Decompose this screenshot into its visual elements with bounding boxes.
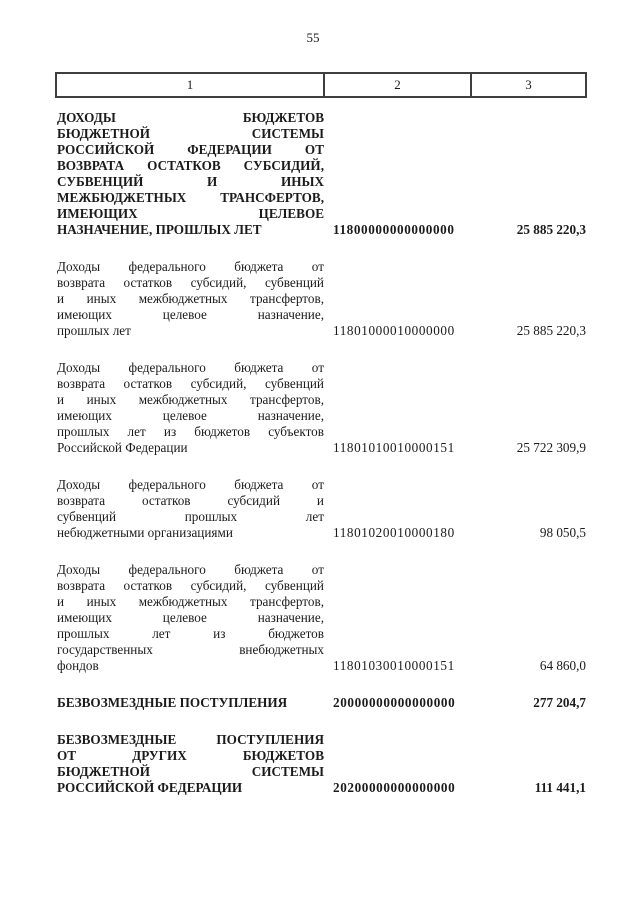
description-line: Доходы федерального бюджета от	[57, 259, 324, 275]
row-budget-code: 11801010010000151	[324, 440, 476, 456]
row-budget-code: 11801020010000180	[324, 525, 476, 541]
description-line: прошлых лет	[57, 323, 324, 339]
row-description: Доходы федерального бюджета отвозврата о…	[57, 360, 324, 456]
description-line: ВОЗВРАТА ОСТАТКОВ СУБСИДИЙ,	[57, 158, 324, 174]
description-line: НАЗНАЧЕНИЕ, ПРОШЛЫХ ЛЕТ	[57, 222, 324, 238]
description-line: небюджетными организациями	[57, 525, 324, 541]
description-line: РОССИЙСКОЙ ФЕДЕРАЦИИ	[57, 780, 324, 796]
description-line: прошлых лет из бюджетов субъектов	[57, 424, 324, 440]
description-line: БЮДЖЕТНОЙ СИСТЕМЫ	[57, 764, 324, 780]
row-amount: 277 204,7	[476, 695, 586, 711]
description-line: имеющих целевое назначение,	[57, 307, 324, 323]
document-page: 55 1 2 3 ДОХОДЫ БЮДЖЕТОВБЮДЖЕТНОЙ СИСТЕМ…	[0, 0, 640, 905]
row-description: ДОХОДЫ БЮДЖЕТОВБЮДЖЕТНОЙ СИСТЕМЫРОССИЙСК…	[57, 110, 324, 238]
description-line: и иных межбюджетных трансфертов,	[57, 594, 324, 610]
table-row: ДОХОДЫ БЮДЖЕТОВБЮДЖЕТНОЙ СИСТЕМЫРОССИЙСК…	[57, 110, 586, 238]
table-header-row: 1 2 3	[55, 72, 587, 98]
description-line: возврата остатков субсидий и	[57, 493, 324, 509]
description-line: Доходы федерального бюджета от	[57, 562, 324, 578]
description-line: прошлых лет из бюджетов	[57, 626, 324, 642]
row-description: БЕЗВОЗМЕЗДНЫЕ ПОСТУПЛЕНИЯ	[57, 695, 324, 711]
column-header-3: 3	[470, 74, 585, 96]
row-description: Доходы федерального бюджета отвозврата о…	[57, 477, 324, 541]
description-line: СУБВЕНЦИЙ И ИНЫХ	[57, 174, 324, 190]
table-row: Доходы федерального бюджета отвозврата о…	[57, 259, 586, 339]
column-header-2: 2	[323, 74, 470, 96]
description-line: и иных межбюджетных трансфертов,	[57, 392, 324, 408]
description-line: возврата остатков субсидий, субвенций	[57, 275, 324, 291]
row-budget-code: 11800000000000000	[324, 222, 476, 238]
description-line: ДОХОДЫ БЮДЖЕТОВ	[57, 110, 324, 126]
description-line: фондов	[57, 658, 324, 674]
row-amount: 25 885 220,3	[476, 323, 586, 339]
description-line: Российской Федерации	[57, 440, 324, 456]
column-header-1: 1	[57, 74, 323, 96]
row-description: Доходы федерального бюджета отвозврата о…	[57, 259, 324, 339]
description-line: государственных внебюджетных	[57, 642, 324, 658]
row-budget-code: 20200000000000000	[324, 780, 476, 796]
row-budget-code: 11801030010000151	[324, 658, 476, 674]
row-description: Доходы федерального бюджета отвозврата о…	[57, 562, 324, 674]
table-row: Доходы федерального бюджета отвозврата о…	[57, 562, 586, 674]
description-line: имеющих целевое назначение,	[57, 408, 324, 424]
table-row: Доходы федерального бюджета отвозврата о…	[57, 360, 586, 456]
table-row: БЕЗВОЗМЕЗДНЫЕ ПОСТУПЛЕНИЯ 20000000000000…	[57, 695, 586, 711]
description-line: ИМЕЮЩИХ ЦЕЛЕВОЕ	[57, 206, 324, 222]
description-line: Доходы федерального бюджета от	[57, 360, 324, 376]
row-amount: 25 722 309,9	[476, 440, 586, 456]
row-amount: 98 050,5	[476, 525, 586, 541]
description-line: имеющих целевое назначение,	[57, 610, 324, 626]
description-line: МЕЖБЮДЖЕТНЫХ ТРАНСФЕРТОВ,	[57, 190, 324, 206]
row-budget-code: 20000000000000000	[324, 695, 476, 711]
description-line: возврата остатков субсидий, субвенций	[57, 376, 324, 392]
table-row: Доходы федерального бюджета отвозврата о…	[57, 477, 586, 541]
page-number: 55	[0, 30, 626, 46]
description-line: и иных межбюджетных трансфертов,	[57, 291, 324, 307]
description-line: ОТ ДРУГИХ БЮДЖЕТОВ	[57, 748, 324, 764]
description-line: БЕЗВОЗМЕЗДНЫЕ ПОСТУПЛЕНИЯ	[57, 732, 324, 748]
table-row: БЕЗВОЗМЕЗДНЫЕ ПОСТУПЛЕНИЯОТ ДРУГИХ БЮДЖЕ…	[57, 732, 586, 796]
row-amount: 111 441,1	[476, 780, 586, 796]
description-line: возврата остатков субсидий, субвенций	[57, 578, 324, 594]
description-line: РОССИЙСКОЙ ФЕДЕРАЦИИ ОТ	[57, 142, 324, 158]
description-line: БЕЗВОЗМЕЗДНЫЕ ПОСТУПЛЕНИЯ	[57, 695, 324, 711]
description-line: Доходы федерального бюджета от	[57, 477, 324, 493]
description-line: субвенций прошлых лет	[57, 509, 324, 525]
row-amount: 25 885 220,3	[476, 222, 586, 238]
table-body: ДОХОДЫ БЮДЖЕТОВБЮДЖЕТНОЙ СИСТЕМЫРОССИЙСК…	[57, 110, 586, 817]
row-budget-code: 11801000010000000	[324, 323, 476, 339]
row-description: БЕЗВОЗМЕЗДНЫЕ ПОСТУПЛЕНИЯОТ ДРУГИХ БЮДЖЕ…	[57, 732, 324, 796]
description-line: БЮДЖЕТНОЙ СИСТЕМЫ	[57, 126, 324, 142]
row-amount: 64 860,0	[476, 658, 586, 674]
